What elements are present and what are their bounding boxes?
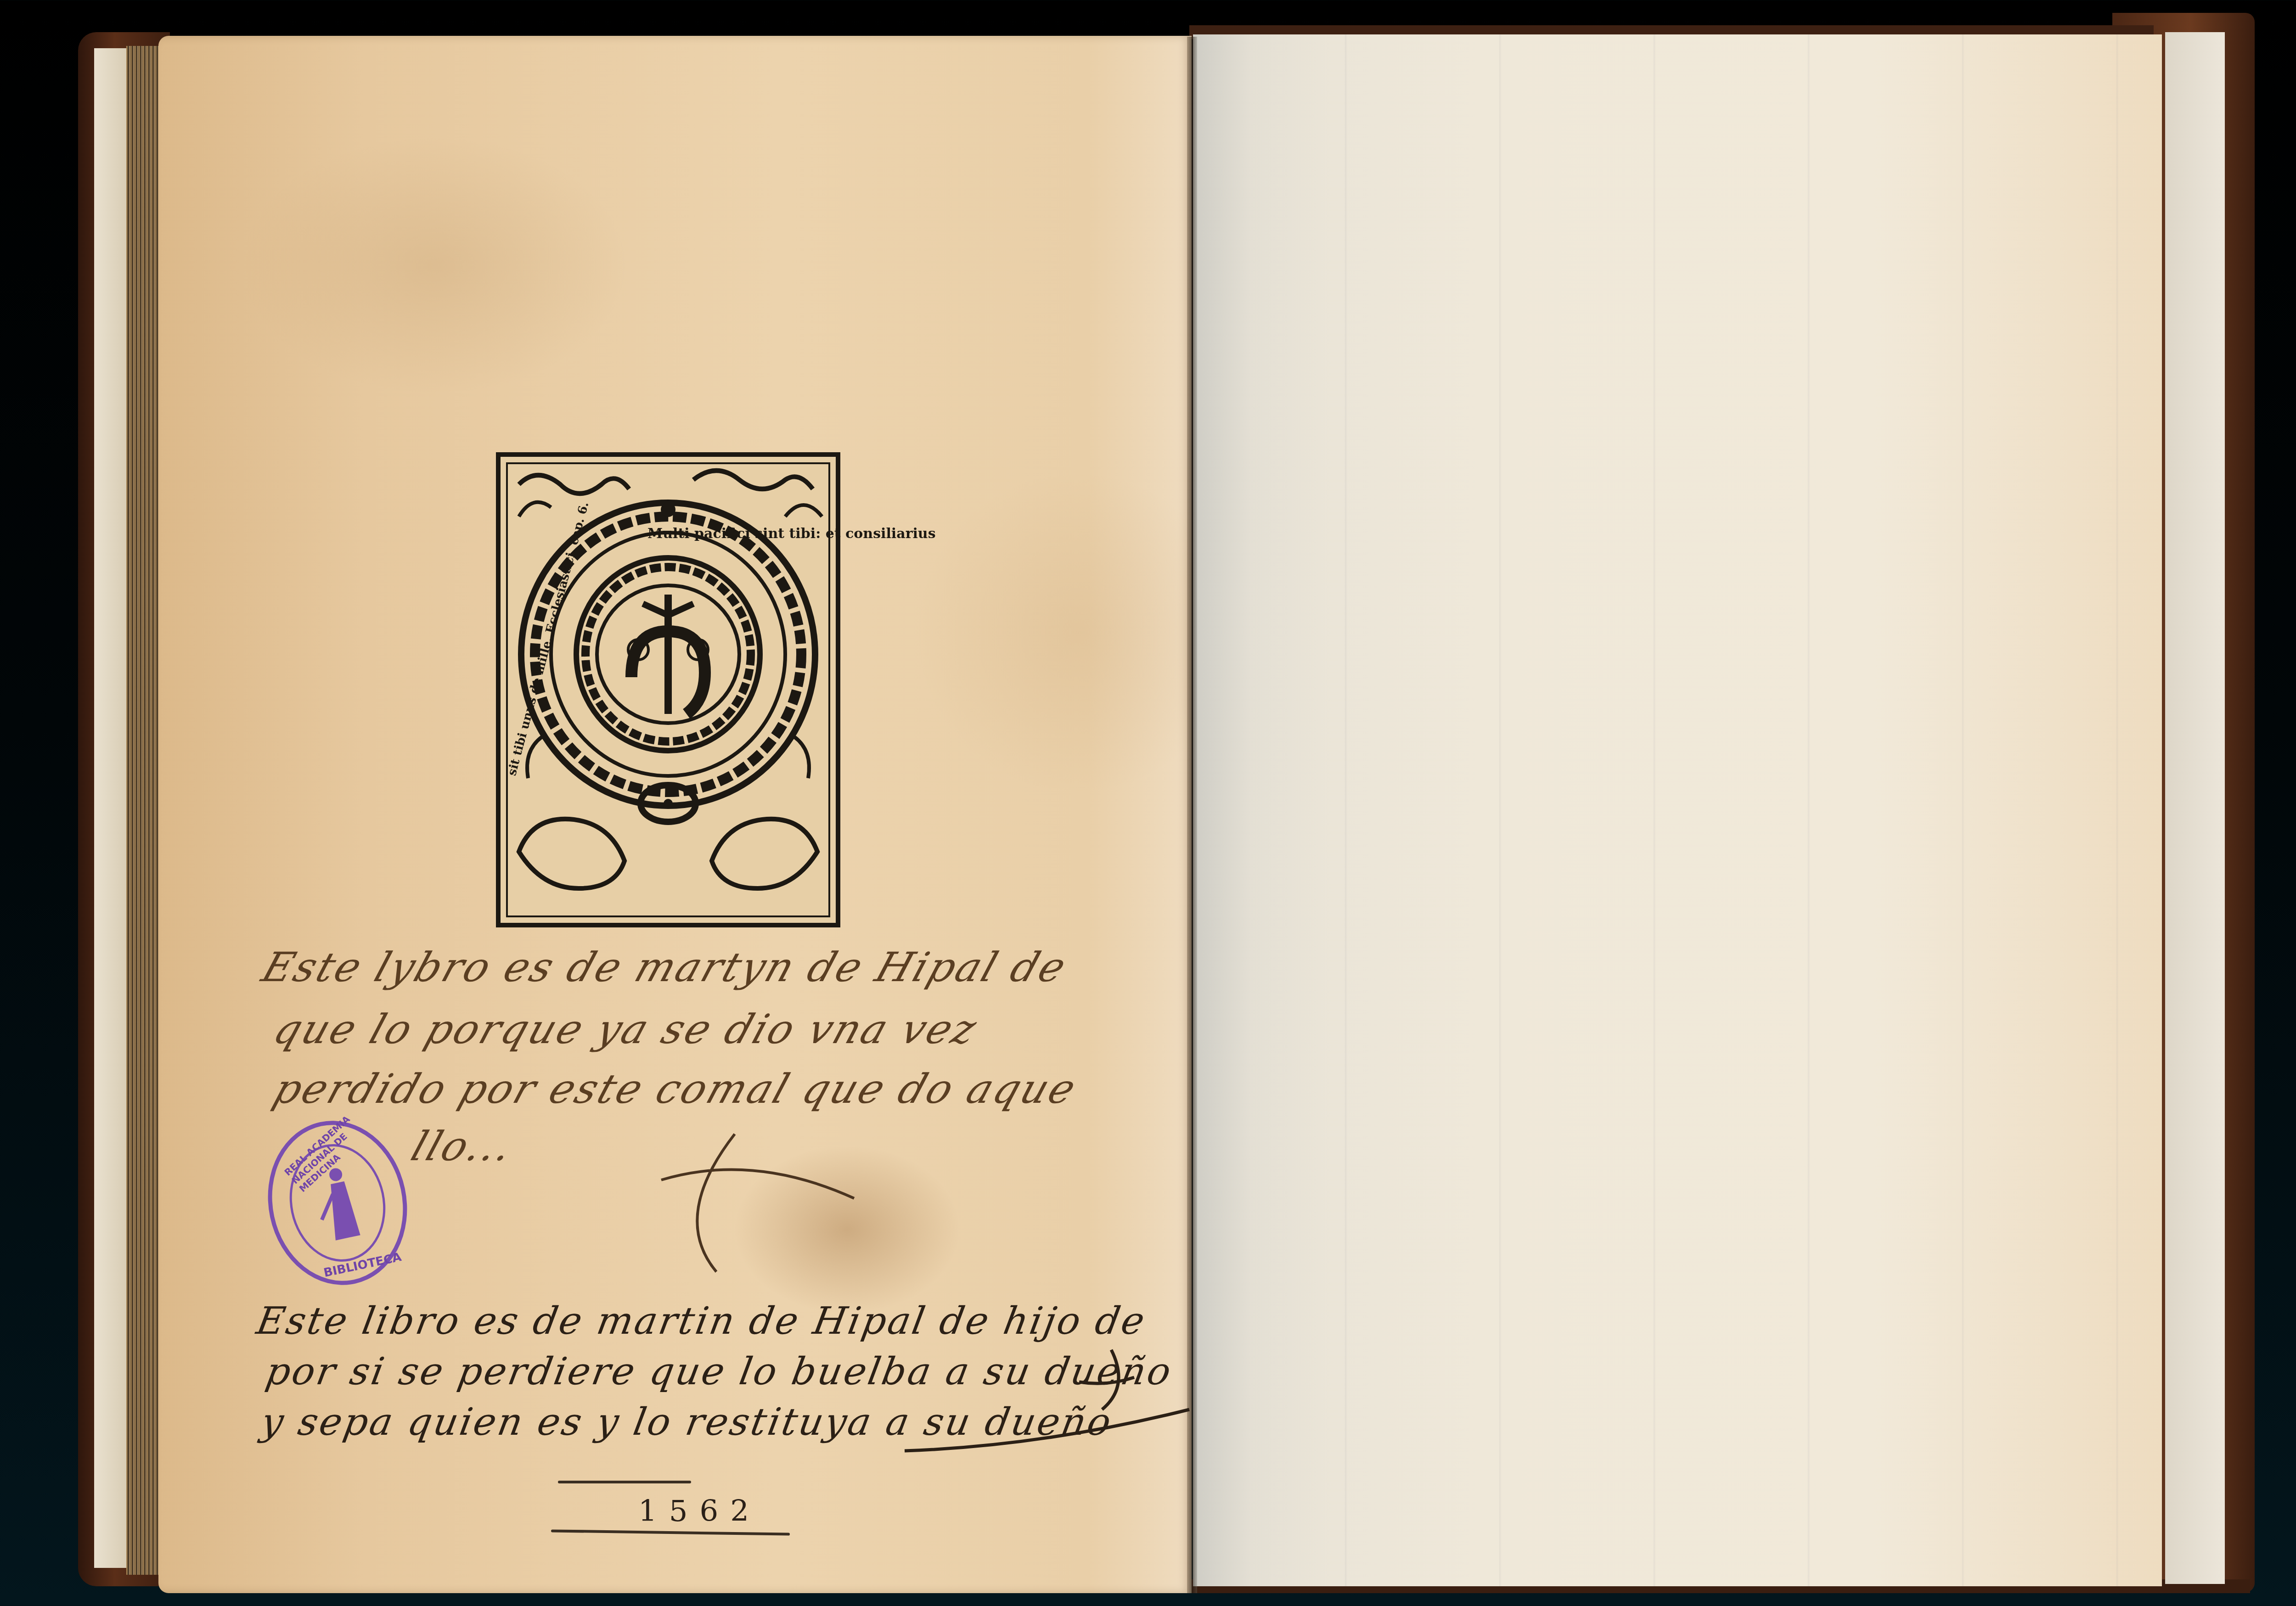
inscription-1-line-1: Este lybro es de martyn de Hipal de [256, 943, 1073, 991]
date-rule-top [558, 1481, 691, 1483]
paraph-flourish-icon [895, 1345, 1194, 1465]
right-flyleaf-edge [2165, 32, 2225, 1584]
date-1562: 1562 [638, 1494, 761, 1528]
woodcut-inscription-top: Multi pacifici sint tibi: et consiliariu… [647, 526, 936, 542]
inscription-1-line-3: perdido por este comal que do aque [268, 1065, 1083, 1112]
inscription-1-line-4: llo... [405, 1123, 520, 1170]
left-pastedown [94, 48, 126, 1568]
inscription-2-line-1: Este libro es de martin de Hipal de hijo… [253, 1299, 1150, 1343]
woodcut-printers-device: Multi pacifici sint tibi: et consiliariu… [496, 452, 840, 927]
signature-flourish-icon [643, 1125, 872, 1286]
inscription-1-line-2: que lo porque ya se dio vna vez [268, 1005, 984, 1053]
page-fore-edge-stack [126, 46, 161, 1575]
right-page-blank [1193, 34, 2162, 1586]
